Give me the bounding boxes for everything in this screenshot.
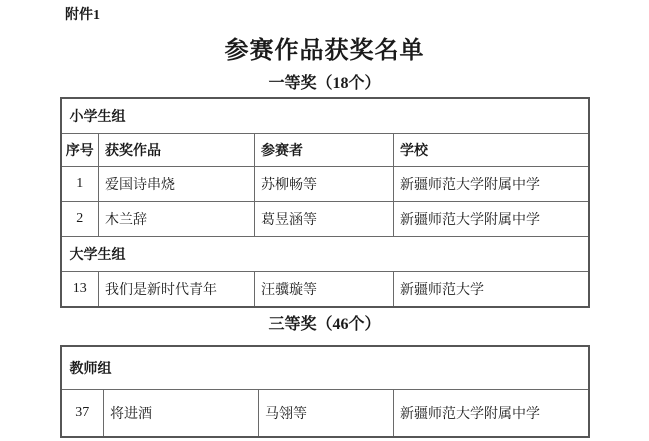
cell-school: 新疆师范大学 (394, 272, 589, 308)
cell-school: 新疆师范大学附属中学 (394, 167, 589, 202)
table-row: 13 我们是新时代青年 汪骥璇等 新疆师范大学 (61, 272, 589, 308)
group-row-teacher: 教师组 (61, 346, 589, 390)
cell-no: 37 (61, 390, 104, 438)
page-title: 参赛作品获奖名单 (0, 36, 649, 66)
cell-no: 2 (61, 202, 99, 237)
first-prize-heading: 一等奖（18个） (0, 74, 649, 94)
document-page: 附件1 参赛作品获奖名单 一等奖（18个） 小学生组 序号 获奖作品 参赛者 学… (0, 0, 649, 441)
group-row-university: 大学生组 (61, 237, 589, 272)
table-row: 37 将进酒 马翎等 新疆师范大学附属中学 (61, 390, 589, 438)
cell-participant: 葛昱涵等 (255, 202, 394, 237)
cell-participant: 马翎等 (259, 390, 394, 438)
first-prize-table: 小学生组 序号 获奖作品 参赛者 学校 1 爱国诗串烧 苏柳畅等 新疆师范大学附… (60, 97, 590, 308)
cell-work: 木兰辞 (99, 202, 255, 237)
cell-no: 1 (61, 167, 99, 202)
cell-participant: 汪骥璇等 (255, 272, 394, 308)
cell-work: 我们是新时代青年 (99, 272, 255, 308)
table-header-row: 序号 获奖作品 参赛者 学校 (61, 134, 589, 167)
group-label-primary-school: 小学生组 (61, 98, 589, 134)
column-header-no: 序号 (61, 134, 99, 167)
cell-participant: 苏柳畅等 (255, 167, 394, 202)
group-label-university: 大学生组 (61, 237, 589, 272)
table-row: 1 爱国诗串烧 苏柳畅等 新疆师范大学附属中学 (61, 167, 589, 202)
cell-no: 13 (61, 272, 99, 308)
group-label-teacher: 教师组 (61, 346, 589, 390)
column-header-participant: 参赛者 (255, 134, 394, 167)
third-prize-heading: 三等奖（46个） (0, 315, 649, 335)
third-prize-table: 教师组 37 将进酒 马翎等 新疆师范大学附属中学 (60, 345, 590, 438)
column-header-work: 获奖作品 (99, 134, 255, 167)
attachment-label: 附件1 (65, 0, 649, 25)
cell-school: 新疆师范大学附属中学 (394, 202, 589, 237)
group-row-primary-school: 小学生组 (61, 98, 589, 134)
cell-school: 新疆师范大学附属中学 (394, 390, 589, 438)
cell-work: 将进酒 (104, 390, 259, 438)
cell-work: 爱国诗串烧 (99, 167, 255, 202)
column-header-school: 学校 (394, 134, 589, 167)
table-row: 2 木兰辞 葛昱涵等 新疆师范大学附属中学 (61, 202, 589, 237)
